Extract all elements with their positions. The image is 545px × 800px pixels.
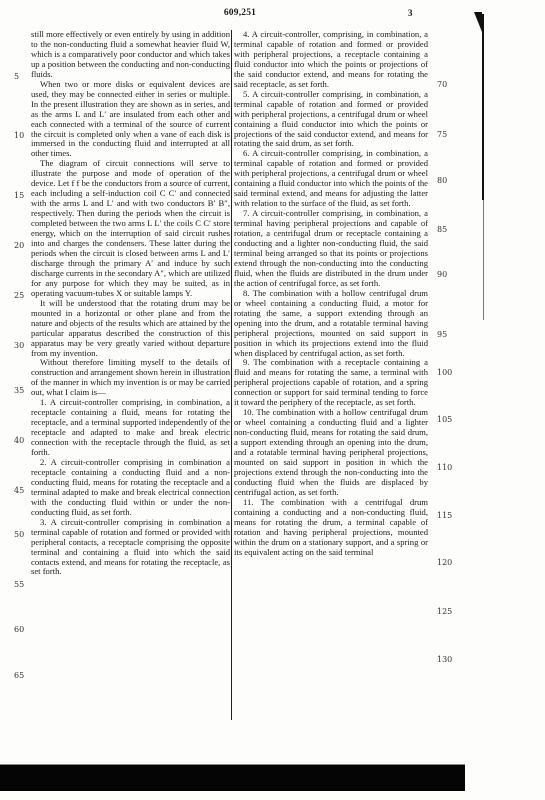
- line-number: 45: [14, 486, 24, 495]
- line-number: 20: [14, 241, 24, 250]
- line-number: 90: [437, 270, 447, 279]
- paragraph: It will be understood that the rotating …: [31, 299, 230, 359]
- page-number: 3: [408, 8, 413, 18]
- line-number: 110: [437, 463, 452, 472]
- line-number: 100: [437, 368, 452, 377]
- line-number: 60: [14, 625, 24, 634]
- paragraph: When two or more disks or equivalent dev…: [31, 80, 230, 160]
- paragraph: Without therefore limiting myself to the…: [31, 358, 230, 398]
- line-number: 120: [437, 558, 452, 567]
- left-column: still more effectively or even entirely …: [31, 30, 230, 577]
- patent-page: 609,251 3 still more effectively or even…: [0, 0, 545, 800]
- paragraph: The diagram of circuit connections will …: [31, 159, 230, 298]
- line-number: 125: [437, 607, 452, 616]
- claim-2: 2. A circuit-controller comprising in co…: [31, 458, 230, 518]
- line-number: 65: [14, 671, 24, 680]
- patent-number: 609,251: [205, 8, 275, 18]
- claim-6: 6. A circuit-controller comprising, in c…: [234, 149, 428, 209]
- claim-9: 9. The combination with a receptacle con…: [234, 358, 428, 408]
- column-divider: [231, 30, 232, 720]
- line-number: 80: [437, 176, 447, 185]
- line-number: 70: [437, 80, 447, 89]
- scan-edge-line: [482, 14, 484, 200]
- scan-edge-line-thin: [483, 200, 484, 320]
- claim-11: 11. The combination with a centrifugal d…: [234, 498, 428, 558]
- scan-edge-notch: [474, 12, 482, 32]
- right-column: 4. A circuit-controller, comprising, in …: [234, 30, 428, 558]
- claim-4: 4. A circuit-controller, comprising, in …: [234, 30, 428, 90]
- claim-10: 10. The combination with a hollow centri…: [234, 408, 428, 498]
- line-number: 130: [437, 655, 452, 664]
- paragraph: still more effectively or even entirely …: [31, 30, 230, 80]
- line-number: 105: [437, 415, 452, 424]
- line-number: 35: [14, 386, 24, 395]
- line-number: 10: [14, 131, 24, 140]
- claim-3: 3. A circuit-controller comprising in co…: [31, 518, 230, 578]
- line-number: 25: [14, 291, 24, 300]
- line-number: 75: [437, 130, 447, 139]
- claim-5: 5. A circuit-controller comprising, in c…: [234, 90, 428, 150]
- line-number: 55: [14, 580, 24, 589]
- line-number: 115: [437, 511, 452, 520]
- line-number: 85: [437, 225, 447, 234]
- line-number: 15: [14, 191, 24, 200]
- scan-bottom-bar: [0, 765, 465, 791]
- claim-8: 8. The combination with a hollow centrif…: [234, 289, 428, 359]
- line-number: 5: [14, 72, 19, 81]
- line-number: 95: [437, 330, 447, 339]
- claim-1: 1. A circuit-controller comprising, in c…: [31, 398, 230, 458]
- claim-7: 7. A circuit-controller comprising, in c…: [234, 209, 428, 289]
- line-number: 40: [14, 436, 24, 445]
- line-number: 50: [14, 530, 24, 539]
- line-number: 30: [14, 341, 24, 350]
